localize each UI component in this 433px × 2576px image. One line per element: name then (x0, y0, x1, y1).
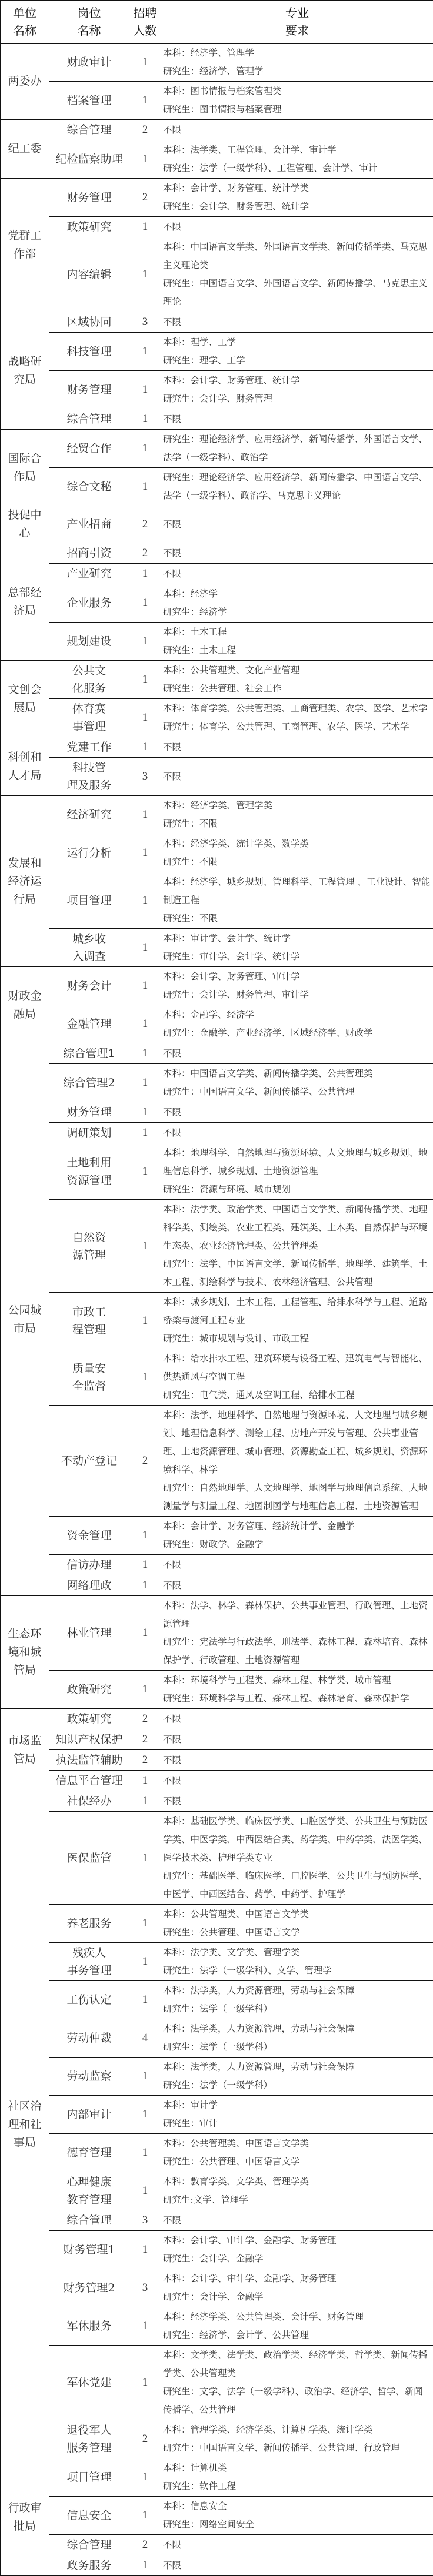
requirement-line: 研究生：法学（一级学科） (163, 2076, 432, 2095)
major-requirement: 不限 (161, 1043, 433, 1064)
position-name: 财务管理2 (49, 2269, 129, 2307)
position-name: 军休党建 (49, 2346, 129, 2420)
recruit-count: 1 (129, 140, 161, 179)
major-requirement: 不限 (161, 1123, 433, 1143)
major-requirement: 本科：法学类，人力资源管理，劳动与社会保障研究生：法学（一级学科） (161, 1981, 433, 2019)
requirement-line: 本科：经济学类、公共管理类、会计学、财务管理 (163, 2308, 432, 2326)
major-requirement: 本科：会计学、审计学、金融学、财务管理研究生：会计学、金融学 (161, 2231, 433, 2269)
position-name: 信息安全 (49, 2497, 129, 2535)
requirement-line: 研究生：审计学、会计学、统计学 (163, 948, 432, 966)
table-row: 行政审批局项目管理1本科：计算机类研究生：软件工程 (1, 2458, 433, 2497)
position-name: 科技管理及服务 (49, 758, 129, 796)
position-name: 区域协同 (49, 312, 129, 333)
requirement-line: 本科：地理科学、自然地理与资源环境、人文地理与城乡规划、地理信息科学、城乡规划、… (163, 1144, 432, 1180)
recruit-count: 1 (129, 2231, 161, 2269)
major-requirement: 不限 (161, 1575, 433, 1596)
recruit-count: 1 (129, 796, 161, 834)
requirement-line: 本科：计算机类 (163, 2459, 432, 2477)
unit-name: 财政金融局 (1, 967, 49, 1043)
position-name: 自然资源管理 (49, 1200, 129, 1293)
position-name: 档案管理 (49, 82, 129, 120)
major-requirement: 本科：法学类、文学类、管理学类研究生：法学（一级学科）、文学、管理学 (161, 1943, 433, 1981)
table-row: 退役军人服务管理2本科：管理学类、经济学类、计算机学类、统计学类研究生：中国语言… (1, 2420, 433, 2458)
requirement-line: 本科：中国语言文学类、新闻传播学类、公共管理类 (163, 1065, 432, 1083)
table-row: 综合管理21本科：中国语言文学类、新闻传播学类、公共管理类研究生：中国语言文学、… (1, 1064, 433, 1102)
position-name: 体育赛事管理 (49, 699, 129, 737)
table-row: 社区治理和社事局社保经办1不限 (1, 1791, 433, 1812)
position-name: 政策研究 (49, 1671, 129, 1709)
table-row: 劳动监察1本科：法学类，人力资源管理，劳动与社会保障研究生：法学（一级学科） (1, 2058, 433, 2096)
major-requirement: 本科：审计学研究生：审计 (161, 2096, 433, 2134)
unit-name: 两委办 (1, 44, 49, 120)
requirement-line: 研究生：电气类、通风及空调工程、给排水工程 (163, 1386, 432, 1404)
position-name: 质量安全监督 (49, 1349, 129, 1406)
recruit-count: 1 (129, 371, 161, 409)
recruit-count: 1 (129, 1123, 161, 1143)
requirement-line: 研究生：经济学 (163, 603, 432, 621)
position-name: 心理健康教育管理 (49, 2172, 129, 2210)
position-name: 项目管理 (49, 2458, 129, 2497)
requirement-line: 研究生：理论经济学、应用经济学、新闻传播学、外国语言文学、法学（一级学科）、政治… (163, 430, 432, 467)
recruit-count: 1 (129, 2096, 161, 2134)
position-name: 财务管理 (49, 179, 129, 217)
major-requirement: 本科：中国语言文学类、新闻传播学类、公共管理类研究生：中国语言文学、新闻传播学、… (161, 1064, 433, 1102)
unit-name: 战略研究局 (1, 312, 49, 430)
recruit-count: 2 (129, 1406, 161, 1517)
table-row: 资金管理1本科：会计学、财务管理、经济统计学、金融学研究生：财政学、金融学 (1, 1517, 433, 1555)
recruit-count: 1 (129, 1200, 161, 1293)
major-requirement: 本科：法学类、政治学类、中国语言文学类、新闻传播学类、地理科学类、测绘类、农业工… (161, 1200, 433, 1293)
requirement-line: 研究生：软件工程 (163, 2477, 432, 2495)
table-row: 文创会展局公共文化服务1本科：公共管理类、文化产业管理研究生：公共管理、社会工作 (1, 661, 433, 699)
table-row: 纪检监察助理1本科：法学类、工程管理、会计学、审计学研究生：法学（一级学科）、工… (1, 140, 433, 179)
table-row: 综合管理2不限 (1, 2535, 433, 2555)
table-row: 综合管理1不限 (1, 409, 433, 430)
recruit-count: 2 (129, 1729, 161, 1750)
position-name: 项目管理 (49, 872, 129, 929)
table-row: 网络理政1不限 (1, 1575, 433, 1596)
table-row: 财务管理1不限 (1, 1102, 433, 1123)
recruit-count: 1 (129, 929, 161, 967)
requirement-line: 不限 (163, 544, 432, 563)
position-name: 社保经办 (49, 1791, 129, 1812)
table-row: 信访办理1不限 (1, 1555, 433, 1575)
table-row: 科技管理1本科：理学、工学研究生：理学、工学 (1, 333, 433, 371)
table-row: 质量安全监督1本科：给水排水工程、建筑环境与设备工程、建筑电气与智能化、供热通风… (1, 1349, 433, 1406)
requirement-line: 本科：会计学、财务管理、经济统计学、金融学 (163, 1517, 432, 1535)
recruit-count: 1 (129, 333, 161, 371)
requirement-line: 研究生：经济学、会计学、公共管理 (163, 2326, 432, 2344)
position-name: 军休服务 (49, 2307, 129, 2346)
recruit-count: 1 (129, 44, 161, 82)
major-requirement: 本科：法学类，人力资源管理，劳动与社会保障研究生：法学（一级学科） (161, 2019, 433, 2058)
position-name: 综合管理 (49, 2210, 129, 2231)
requirement-line: 本科：信息安全 (163, 2497, 432, 2515)
requirement-line: 研究生：法学（一级学科）、文学、管理学 (163, 1962, 432, 1980)
requirement-line: 本科：经济学类、统计学类、数学类 (163, 835, 432, 853)
recruit-count: 2 (129, 2535, 161, 2555)
position-name: 招商引资 (49, 543, 129, 564)
position-name: 综合管理 (49, 409, 129, 430)
table-row: 公园城市局综合管理11不限 (1, 1043, 433, 1064)
major-requirement: 本科：图书情报与档案管理类研究生：图书情报与档案管理 (161, 82, 433, 120)
table-row: 城乡收入调查1本科：审计学、会计学、统计学研究生：审计学、会计学、统计学 (1, 929, 433, 967)
requirement-line: 研究生：中国语言文学、新闻传播学、公共管理、行政管理 (163, 2439, 432, 2457)
table-row: 政策研究1本科：环境科学与工程类、森林工程、林学类、城市管理研究生：环境科学与工… (1, 1671, 433, 1709)
table-row: 综合管理3不限 (1, 2210, 433, 2231)
recruit-count: 1 (129, 2555, 161, 2576)
position-name: 劳动仲裁 (49, 2019, 129, 2058)
major-requirement: 本科：金融学、经济学研究生：金融学、产业经济学、区域经济学、财政学 (161, 1005, 433, 1043)
table-row: 工伤认定1本科：法学类，人力资源管理，劳动与社会保障研究生：法学（一级学科） (1, 1981, 433, 2019)
requirement-line: 本科：经济学类、管理学类 (163, 797, 432, 815)
position-name: 信访办理 (49, 1555, 129, 1575)
major-requirement: 本科：给水排水工程、建筑环境与设备工程、建筑电气与智能化、供热通风与空调工程研究… (161, 1349, 433, 1406)
unit-name: 发展和经济运行局 (1, 796, 49, 967)
unit-name: 党群工作部 (1, 179, 49, 312)
recruit-count: 1 (129, 1905, 161, 1943)
position-name: 政策研究 (49, 1709, 129, 1729)
table-row: 不动产登记2本科：法学、地理科学、自然地理与资源环境、人文地理与城乡规划、地理信… (1, 1406, 433, 1517)
requirement-line: 本科：会计学、审计学、金融学、财务管理 (163, 2232, 432, 2250)
recruit-count: 1 (129, 967, 161, 1005)
position-name: 执法监管辅助 (49, 1750, 129, 1771)
recruit-count: 2 (129, 2420, 161, 2458)
position-name: 财政审计 (49, 44, 129, 82)
major-requirement: 不限 (161, 506, 433, 543)
major-requirement: 本科：法学类，人力资源管理，劳动与社会保障研究生：法学（一级学科） (161, 2058, 433, 2096)
major-requirement: 本科：城乡规划、土木工程、工程管理、给排水科学与工程、道路桥梁与渡河工程专业研究… (161, 1293, 433, 1349)
table-row: 心理健康教育管理1本科：教育学类、文学类、管理学类研究生:文学、管理学 (1, 2172, 433, 2210)
unit-name: 社区治理和社事局 (1, 1791, 49, 2458)
position-name: 产业研究 (49, 564, 129, 584)
recruit-count: 2 (129, 179, 161, 217)
major-requirement: 不限 (161, 1555, 433, 1575)
table-row: 投促中心产业招商2不限 (1, 506, 433, 543)
recruit-count: 1 (129, 1555, 161, 1575)
requirement-line: 不限 (163, 313, 432, 332)
requirement-line: 研究生：中国语言文学、新闻传播学、公共管理 (163, 1083, 432, 1101)
table-row: 劳动仲裁4本科：法学类，人力资源管理，劳动与社会保障研究生：法学（一级学科） (1, 2019, 433, 2058)
position-name: 林业管理 (49, 1596, 129, 1671)
requirement-line: 研究生：法学、中国语言文学、新闻传播学、地理学、建筑学、土木工程、测绘科学与技术… (163, 1255, 432, 1292)
recruit-count: 1 (129, 2172, 161, 2210)
position-name: 政策研究 (49, 217, 129, 237)
major-requirement: 本科：法学、林学、森林保护、公共事业管理、行政管理、土地资源管理研究生：宪法学与… (161, 1596, 433, 1671)
recruit-count: 1 (129, 2458, 161, 2497)
table-row: 企业服务1本科：经济学研究生：经济学 (1, 584, 433, 623)
table-row: 财务管理1本科：会计学、财务管理、统计学研究生：会计学、财务管理 (1, 371, 433, 409)
table-row: 金融管理1本科：金融学、经济学研究生：金融学、产业经济学、区域经济学、财政学 (1, 1005, 433, 1043)
requirement-line: 本科：公共管理类、文化产业管理 (163, 661, 432, 680)
major-requirement: 不限 (161, 2535, 433, 2555)
requirement-line: 研究生：经济学、管理学 (163, 62, 432, 81)
table-row: 科技管理及服务3不限 (1, 758, 433, 796)
requirement-line: 本科：教育学类、文学类、管理学类 (163, 2173, 432, 2191)
unit-name: 总部经济局 (1, 543, 49, 661)
position-name: 综合管理 (49, 2535, 129, 2555)
requirement-line: 本科：法学类，人力资源管理，劳动与社会保障 (163, 2058, 432, 2076)
position-name: 资金管理 (49, 1517, 129, 1555)
requirement-line: 本科：公共管理类、中国语言文学类 (163, 2135, 432, 2153)
requirement-line: 不限 (163, 1751, 432, 1769)
major-requirement: 本科：经济学类、统计学类、数学类研究生：不限 (161, 834, 433, 872)
requirement-line: 本科：法学类、文学类、管理学类 (163, 1943, 432, 1962)
table-row: 知识产权保护2不限 (1, 1729, 433, 1750)
recruit-count: 1 (129, 1005, 161, 1043)
major-requirement: 不限 (161, 2555, 433, 2576)
table-row: 总部经济局招商引资2不限 (1, 543, 433, 564)
recruit-count: 1 (129, 1349, 161, 1406)
position-name: 金融管理 (49, 1005, 129, 1043)
position-name: 纪检监察助理 (49, 140, 129, 179)
table-row: 纪工委综合管理2不限 (1, 120, 433, 140)
requirement-line: 不限 (163, 1710, 432, 1728)
position-name: 土地利用资源管理 (49, 1143, 129, 1200)
recruit-count: 1 (129, 1981, 161, 2019)
requirement-line: 本科：法学类、政治学类、中国语言文学类、新闻传播学类、地理科学类、测绘类、农业工… (163, 1200, 432, 1255)
recruit-count: 1 (129, 468, 161, 506)
requirement-line: 研究生：城市规划与设计、市政工程 (163, 1330, 432, 1348)
position-name: 德育管理 (49, 2134, 129, 2172)
header-position: 岗位名称 (49, 1, 129, 44)
recruit-count: 1 (129, 2307, 161, 2346)
requirement-line: 本科：中国语言文学类、外国语言文学类、新闻传播学类、马克思主义理论类 (163, 238, 432, 275)
table-row: 医保监管1本科：基础医学类、临床医学类、口腔医学类、公共卫生与预防医学类、中医学… (1, 1812, 433, 1905)
table-row: 项目管理1本科：经济学、城乡规划、管理科学、工程管理 、工业设计、智能制造工程研… (1, 872, 433, 929)
recruit-count: 1 (129, 1671, 161, 1709)
table-row: 军休服务1本科：经济学类、公共管理类、会计学、财务管理研究生：经济学、会计学、公… (1, 2307, 433, 2346)
major-requirement: 本科：会计学、财务管理、统计学类研究生：会计学、财务管理、统计学 (161, 179, 433, 217)
table-row: 财务管理11本科：会计学、审计学、金融学、财务管理研究生：会计学、金融学 (1, 2231, 433, 2269)
major-requirement: 本科：公共管理类、文化产业管理研究生：公共管理、社会工作 (161, 661, 433, 699)
requirement-line: 不限 (163, 1772, 432, 1790)
recruit-count: 1 (129, 623, 161, 661)
recruit-count: 1 (129, 564, 161, 584)
requirement-line: 本科：体育学类、公共管理类、工商管理类、农学、医学、艺术学 (163, 700, 432, 718)
position-name: 规划建设 (49, 623, 129, 661)
table-row: 科创和人才局党建工作1不限 (1, 737, 433, 758)
requirement-line: 本科：经济学 (163, 585, 432, 603)
recruit-count: 3 (129, 2269, 161, 2307)
header-count: 招聘人数 (129, 1, 161, 44)
position-name: 信息平台管理 (49, 1771, 129, 1791)
table-body: 两委办财政审计1本科：经济学、管理学研究生：经济学、管理学档案管理1本科：图书情… (1, 44, 433, 2576)
recruit-count: 2 (129, 1709, 161, 1729)
requirement-line: 不限 (163, 2557, 432, 2575)
requirement-line: 本科：会计学、审计学、金融学、财务管理 (163, 2270, 432, 2288)
requirement-line: 研究生：资源与环境、城市规划 (163, 1180, 432, 1199)
position-name: 网络理政 (49, 1575, 129, 1596)
major-requirement: 不限 (161, 1771, 433, 1791)
recruitment-table: 单位名称 岗位名称 招聘人数 专业要求 两委办财政审计1本科：经济学、管理学研究… (0, 0, 433, 2576)
recruit-count: 1 (129, 1812, 161, 1905)
table-row: 政务服务1不限 (1, 2555, 433, 2576)
recruit-count: 2 (129, 506, 161, 543)
position-name: 产业招商 (49, 506, 129, 543)
requirement-line: 本科：图书情报与档案管理类 (163, 82, 432, 101)
table-row: 运行分析1本科：经济学类、统计学类、数学类研究生：不限 (1, 834, 433, 872)
requirement-line: 研究生:文学、管理学 (163, 2191, 432, 2209)
requirement-line: 研究生：法学（一级学科）、工程管理、会计学、审计 (163, 159, 432, 178)
unit-name: 生态环境和城管局 (1, 1596, 49, 1709)
requirement-line: 本科：给水排水工程、建筑环境与设备工程、建筑电气与智能化、供热通风与空调工程 (163, 1350, 432, 1386)
requirement-line: 研究生：中国语言文学、外国语言文学、新闻传播学、马克思主义理论 (163, 275, 432, 311)
table-row: 国际合作局经贸合作1研究生：理论经济学、应用经济学、新闻传播学、外国语言文学、法… (1, 430, 433, 468)
position-name: 财务管理1 (49, 2231, 129, 2269)
requirement-line: 研究生：会计学、金融学 (163, 2250, 432, 2268)
position-name: 经贸合作 (49, 430, 129, 468)
major-requirement: 本科：审计学、会计学、统计学研究生：审计学、会计学、统计学 (161, 929, 433, 967)
recruit-count: 1 (129, 237, 161, 312)
table-row: 党群工作部财务管理2本科：会计学、财务管理、统计学类研究生：会计学、财务管理、统… (1, 179, 433, 217)
requirement-line: 不限 (163, 410, 432, 429)
major-requirement: 不限 (161, 737, 433, 758)
requirement-line: 研究生：文学、法学（一级学科）、政治学、经济学、哲学、新闻传播学、公共管理 (163, 2383, 432, 2419)
position-name: 综合文秘 (49, 468, 129, 506)
major-requirement: 不限 (161, 312, 433, 333)
requirement-line: 研究生：会计学、财务管理、统计学 (163, 198, 432, 216)
requirement-line: 研究生：公共管理、中国语言文学 (163, 2153, 432, 2171)
table-row: 信息平台管理1不限 (1, 1771, 433, 1791)
position-name: 不动产登记 (49, 1406, 129, 1517)
table-row: 财政金融局财务会计1本科：会计学、财务管理、审计学研究生：会计学、财务管理、审计… (1, 967, 433, 1005)
requirement-line: 本科：基础医学类、临床医学类、口腔医学类、公共卫生与预防医学类、中医学类、中西医… (163, 1812, 432, 1867)
unit-name: 行政审批局 (1, 2458, 49, 2576)
header-requirement: 专业要求 (161, 1, 433, 44)
requirement-line: 本科：会计学、财务管理、统计学 (163, 372, 432, 390)
requirement-line: 不限 (163, 218, 432, 236)
requirement-line: 研究生：环境科学与工程、森林工程、森林培育、森林保护学 (163, 1690, 432, 1708)
table-row: 市政工程管理1本科：城乡规划、土木工程、工程管理、给排水科学与工程、道路桥梁与渡… (1, 1293, 433, 1349)
recruit-count: 2 (129, 1750, 161, 1771)
recruit-count: 1 (129, 1293, 161, 1349)
table-row: 两委办财政审计1本科：经济学、管理学研究生：经济学、管理学 (1, 44, 433, 82)
table-row: 生态环境和城管局林业管理1本科：法学、林学、森林保护、公共事业管理、行政管理、土… (1, 1596, 433, 1671)
major-requirement: 不限 (161, 217, 433, 237)
major-requirement: 不限 (161, 564, 433, 584)
recruit-count: 2 (129, 543, 161, 564)
table-row: 自然资源管理1本科：法学类、政治学类、中国语言文学类、新闻传播学类、地理科学类、… (1, 1200, 433, 1293)
requirement-line: 研究生：法学（一级学科） (163, 2038, 432, 2056)
requirement-line: 本科：法学类，人力资源管理，劳动与社会保障 (163, 1982, 432, 2000)
table-row: 综合文秘1研究生：理论经济学、应用经济学、新闻传播学、中国语言文学、法学（一级学… (1, 468, 433, 506)
major-requirement: 本科：体育学类、公共管理类、工商管理类、农学、医学、艺术学研究生：体育学、公共管… (161, 699, 433, 737)
major-requirement: 本科：经济学研究生：经济学 (161, 584, 433, 623)
table-row: 体育赛事管理1本科：体育学类、公共管理类、工商管理类、农学、医学、艺术学研究生：… (1, 699, 433, 737)
recruit-count: 1 (129, 1517, 161, 1555)
requirement-line: 研究生：自然地理学、人文地理学、地图学与地理信息系统、大地测量学与测量工程、地图… (163, 1479, 432, 1516)
major-requirement: 本科：会计学、审计学、金融学、财务管理研究生：会计学、金融学 (161, 2269, 433, 2307)
table-row: 内部审计1本科：审计学研究生：审计 (1, 2096, 433, 2134)
position-name: 科技管理 (49, 333, 129, 371)
table-row: 政策研究1不限 (1, 217, 433, 237)
table-row: 规划建设1本科：土木工程研究生：土木工程 (1, 623, 433, 661)
header-unit: 单位名称 (1, 1, 49, 44)
requirement-line: 不限 (163, 1045, 432, 1063)
unit-name: 公园城市局 (1, 1043, 49, 1596)
major-requirement: 本科：计算机类研究生：软件工程 (161, 2458, 433, 2497)
requirement-line: 研究生：理论经济学、应用经济学、新闻传播学、中国语言文学、法学（一级学科）、政治… (163, 469, 432, 505)
position-name: 医保监管 (49, 1812, 129, 1905)
recruit-count: 1 (129, 1771, 161, 1791)
requirement-line: 研究生：基础医学、临床医学、口腔医学、公共卫生与预防医学、中医学、中西医结合、药… (163, 1867, 432, 1903)
major-requirement: 不限 (161, 409, 433, 430)
table-row: 发展和经济运行局经济研究1本科：经济学类、管理学类研究生：不限 (1, 796, 433, 834)
recruit-count: 3 (129, 2210, 161, 2231)
recruit-count: 3 (129, 758, 161, 796)
requirement-line: 研究生：不限 (163, 909, 432, 928)
table-row: 档案管理1本科：图书情报与档案管理类研究生：图书情报与档案管理 (1, 82, 433, 120)
requirement-line: 本科：法学、地理科学、自然地理与资源环境、人文地理与城乡规划、地理信息科学、测绘… (163, 1406, 432, 1479)
recruit-count: 1 (129, 1791, 161, 1812)
requirement-line: 本科：法学类、工程管理、会计学、审计学 (163, 141, 432, 159)
requirement-line: 研究生：审计 (163, 2115, 432, 2133)
requirement-line: 研究生：不限 (163, 815, 432, 833)
table-row: 军休党建1本科：文学类、法学类、政治学类、经济学类、哲学类、新闻传播学类、公共管… (1, 2346, 433, 2420)
position-name: 经济研究 (49, 796, 129, 834)
requirement-line: 不限 (163, 565, 432, 583)
major-requirement: 本科：教育学类、文学类、管理学类研究生:文学、管理学 (161, 2172, 433, 2210)
position-name: 综合管理2 (49, 1064, 129, 1102)
recruit-count: 1 (129, 2058, 161, 2096)
position-name: 内部审计 (49, 2096, 129, 2134)
recruit-count: 1 (129, 2346, 161, 2420)
major-requirement: 本科：经济学、管理学研究生：经济学、管理学 (161, 44, 433, 82)
recruit-count: 1 (129, 2134, 161, 2172)
recruit-count: 1 (129, 737, 161, 758)
major-requirement: 不限 (161, 1102, 433, 1123)
requirement-line: 本科：文学类、法学类、政治学类、经济学类、哲学类、新闻传播学类、公共管理类 (163, 2346, 432, 2383)
major-requirement: 本科：基础医学类、临床医学类、口腔医学类、公共卫生与预防医学类、中医学类、中西医… (161, 1812, 433, 1905)
recruit-count: 4 (129, 2019, 161, 2058)
position-name: 工伤认定 (49, 1981, 129, 2019)
header-row: 单位名称 岗位名称 招聘人数 专业要求 (1, 1, 433, 44)
recruit-count: 1 (129, 584, 161, 623)
major-requirement: 本科：理学、工学研究生：理学、工学 (161, 333, 433, 371)
recruit-count: 1 (129, 1064, 161, 1102)
requirement-line: 本科：土木工程 (163, 623, 432, 641)
requirement-line: 不限 (163, 1103, 432, 1122)
major-requirement: 本科：公共管理类、中国语言文学类研究生：公共管理、中国语言文学 (161, 2134, 433, 2172)
position-name: 退役军人服务管理 (49, 2420, 129, 2458)
unit-name: 纪工委 (1, 120, 49, 179)
position-name: 内容编辑 (49, 237, 129, 312)
recruit-count: 1 (129, 430, 161, 468)
requirement-line: 本科：金融学、经济学 (163, 1006, 432, 1024)
requirement-line: 研究生：体育学、公共管理、工商管理、农学、医学、艺术学 (163, 718, 432, 736)
major-requirement: 研究生：理论经济学、应用经济学、新闻传播学、外国语言文学、法学（一级学科）、政治… (161, 430, 433, 468)
table-row: 财务管理23本科：会计学、审计学、金融学、财务管理研究生：会计学、金融学 (1, 2269, 433, 2307)
major-requirement: 不限 (161, 1709, 433, 1729)
major-requirement: 不限 (161, 1791, 433, 1812)
recruit-count: 2 (129, 120, 161, 140)
requirement-line: 不限 (163, 1124, 432, 1142)
requirement-line: 本科：环境科学与工程类、森林工程、林学类、城市管理 (163, 1671, 432, 1690)
table-row: 内容编辑1本科：中国语言文学类、外国语言文学类、新闻传播学类、马克思主义理论类研… (1, 237, 433, 312)
requirement-line: 本科：公共管理类、中国语言文学类 (163, 1905, 432, 1923)
requirement-line: 研究生：法学（一级学科） (163, 2000, 432, 2018)
table-row: 德育管理1本科：公共管理类、中国语言文学类研究生：公共管理、中国语言文学 (1, 2134, 433, 2172)
recruit-count: 1 (129, 1043, 161, 1064)
recruit-count: 1 (129, 661, 161, 699)
requirement-line: 不限 (163, 1577, 432, 1595)
major-requirement: 本科：公共管理类、中国语言文学类研究生：公共管理、中国语言文学 (161, 1905, 433, 1943)
position-name: 知识产权保护 (49, 1729, 129, 1750)
requirement-line: 研究生：公共管理、社会工作 (163, 680, 432, 698)
table-row: 信息安全1本科：信息安全研究生：网络空间安全 (1, 2497, 433, 2535)
recruit-count: 1 (129, 2497, 161, 2535)
